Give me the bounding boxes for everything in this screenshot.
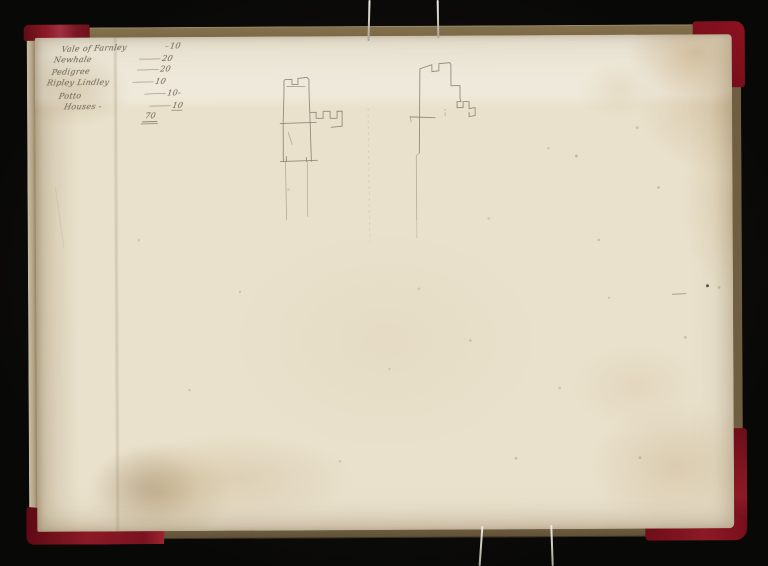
- crenellated-wall-left: [310, 111, 342, 127]
- inscription-name: Newhale: [53, 55, 93, 65]
- tower-sketch-right: [410, 63, 476, 238]
- inscription-value: 10: [169, 41, 181, 50]
- binding-thread-top-right: [437, 0, 439, 38]
- crenellated-wall-right: [457, 99, 475, 117]
- inscription-name: Houses -: [63, 102, 102, 112]
- inscription-dash: ———: [141, 101, 171, 110]
- inscription-dash: ———: [124, 77, 154, 86]
- inscription-total: 70: [142, 111, 158, 120]
- inscription-name: Ripley Lindley: [46, 78, 110, 88]
- tower-sketch-left: [280, 77, 343, 219]
- inscription-value: 10: [154, 77, 167, 86]
- inscription-value: 10: [171, 101, 184, 111]
- inscription-dash: ———: [131, 54, 161, 63]
- photo-background: Vale of Farnley – 10 Newhale ——— 20 Pedi…: [0, 0, 768, 566]
- sketchbook-page: Vale of Farnley – 10 Newhale ——— 20 Pedi…: [35, 34, 735, 532]
- inscription-name: Vale of Farnley: [61, 43, 128, 54]
- inscription-dash: ———: [129, 65, 158, 75]
- inscription-list: Vale of Farnley – 10 Newhale ——— 20 Pedi…: [35, 37, 236, 168]
- inscription-value: 20: [161, 54, 174, 63]
- inscription-value: 20: [159, 64, 171, 73]
- inscription-value: 10-: [167, 88, 182, 97]
- inscription-dash: ———: [136, 89, 165, 99]
- inscription-name: Potto: [58, 91, 82, 101]
- inscription-dash: –: [139, 42, 168, 52]
- inscription-name: Pedigree: [51, 67, 91, 77]
- sketchbook: Vale of Farnley – 10 Newhale ——— 20 Pedi…: [27, 24, 744, 540]
- inscription-total-value: 70: [142, 111, 159, 122]
